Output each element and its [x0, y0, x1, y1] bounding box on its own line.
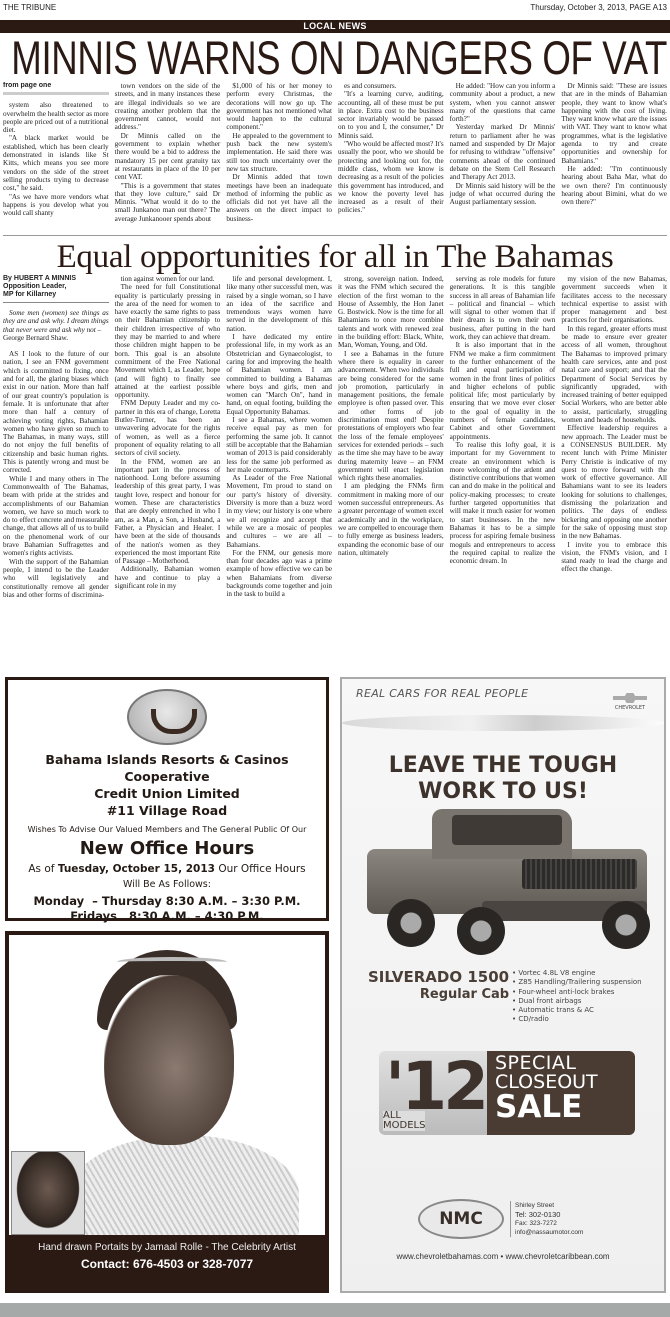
portrait-drawing	[9, 935, 325, 1235]
wheel-icon	[602, 901, 650, 949]
story2-body: By HUBERT A MINNIS Opposition Leader, MP…	[0, 275, 670, 665]
decorative-swoosh	[342, 715, 664, 731]
advertisements: Bahama Islands Resorts & Casinos Coopera…	[0, 673, 670, 1303]
story-divider	[3, 235, 667, 236]
wheel-icon	[387, 899, 435, 947]
story1-col-3: $1,000 of his or her money to perform ev…	[226, 82, 332, 232]
story1-col-2: town vendors on the side of the streets,…	[115, 82, 221, 232]
byline: By HUBERT A MINNIS Opposition Leader, MP…	[3, 275, 109, 303]
bowtie-icon	[613, 693, 647, 703]
story2-col-4: strong, sovereign nation. Indeed, it was…	[338, 275, 444, 665]
chevrolet-ad: REAL CARS FOR REAL PEOPLE CHEVROLET LEAV…	[340, 677, 666, 1293]
model-name: SILVERADO 1500 Regular Cab	[368, 969, 509, 1003]
office-hours-title: New Office Hours	[8, 838, 326, 859]
story2-col-2: tion against women for our land. The nee…	[115, 275, 221, 665]
dealer-websites: www.chevroletbahamas.com • www.chevrolet…	[342, 1252, 664, 1261]
story2-col-6: my vision of the new Bahamas, government…	[561, 275, 667, 665]
dateline: Thursday, October 3, 2013, PAGE A13	[530, 3, 667, 12]
story1-col-1: from page one system also threatened to …	[3, 82, 109, 232]
dealer-info: NMC Shirley Street Tel: 302-0130 Fax: 32…	[418, 1199, 583, 1239]
feature-list: • Vortec 4.8L V8 engine • Z85 Handling/T…	[512, 969, 642, 1025]
credit-union-ad: Bahama Islands Resorts & Casinos Coopera…	[5, 677, 329, 921]
portrait-face-image	[104, 975, 234, 1145]
credit-union-logo-icon	[127, 689, 207, 745]
ad-headline: LEAVE THE TOUGH WORK TO US!	[342, 753, 664, 805]
paper-name: THE TRIBUNE	[3, 3, 56, 12]
epigraph-author: George Bernard Shaw.	[3, 334, 109, 342]
chevrolet-logo: CHEVROLET	[610, 693, 650, 711]
story2-col-3: life and personal development. I, like m…	[226, 275, 332, 665]
nmc-logo-icon: NMC	[418, 1199, 504, 1239]
story1-col-6: Dr Minnis said: "These are issues that a…	[561, 82, 667, 232]
page-header: THE TRIBUNE Thursday, October 3, 2013, P…	[0, 0, 670, 14]
story1-headline: MINNIS WARNS ON DANGERS OF VAT PLAN	[11, 34, 658, 82]
reference-photo	[11, 1151, 85, 1235]
dealer-email: info@nassaumotor.com	[515, 1228, 583, 1237]
story2-col-5: serving as role models for future genera…	[450, 275, 556, 665]
story2-col-1: By HUBERT A MINNIS Opposition Leader, MP…	[3, 275, 109, 665]
page-footer-bar	[0, 1303, 670, 1317]
story1-body: from page one system also threatened to …	[0, 82, 670, 232]
story1-col-5: He added: "How can you inform a communit…	[450, 82, 556, 232]
story2-headline: Equal opportunities for all in The Baham…	[0, 239, 670, 275]
artist-contact: Contact: 676-4503 or 328-7077	[9, 1257, 325, 1271]
epigraph: Some men (women) see things as they are …	[3, 309, 109, 334]
wheel-icon	[457, 907, 505, 955]
truck-image	[362, 809, 652, 954]
portrait-artist-ad: Hand drawn Portaits by Jamaal Rolle - Th…	[5, 931, 329, 1293]
closeout-sale-badge: '12 ALL MODELS SPECIAL CLOSEOUT SALE	[379, 1051, 635, 1135]
story1-col-4: es and consumers. "It's a learning curve…	[338, 82, 444, 232]
